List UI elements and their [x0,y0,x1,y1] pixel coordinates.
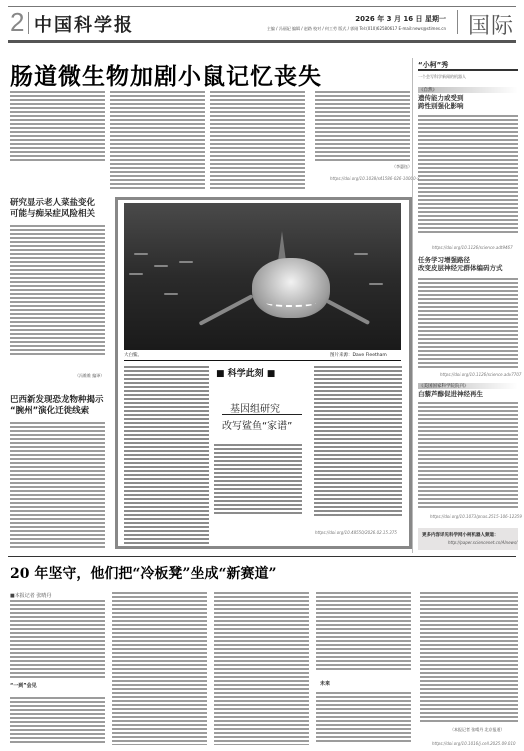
bottom-section-rule [8,556,516,557]
sidebar-item1-tag: 《自然》 [418,87,518,93]
fish-shape [369,283,383,285]
main-article-col-4 [315,91,410,163]
photo-credit: 图片来源：Dave Fleetham [330,352,387,358]
masthead-top-rule [8,6,516,7]
issue-date: 2026 年 3 月 16 日 星期一 [355,14,446,24]
bottom-col-4b [316,692,411,744]
feature-body-col-1 [124,366,209,544]
masthead-divider [28,12,29,34]
sidebar-subtitle: 一个会写科学新闻的机器人 [418,74,466,80]
shark-dorsal-fin [278,231,286,261]
feature-body-col-2 [214,444,302,516]
bottom-col-5 [420,592,518,722]
feature-kicker: ■ 科学此刻 ■ [216,366,275,379]
feature-doi-link[interactable]: https://doi.org/10.48550/2026.02.15.375 [315,530,397,535]
fish-shape [179,261,193,263]
left-article1-body [10,225,105,355]
masthead: 2 中国科学报 2026 年 3 月 16 日 星期一 主编 / 冯丽妃 编辑 … [8,9,516,37]
sidebar-item3-headline: 白藜芦醇促进神经再生 [418,390,483,398]
fish-shape [354,253,368,255]
sidebar-item3-tag: 《美国国家科学院院刊》 [418,383,518,389]
fish-shape [134,253,148,255]
promo-box-link[interactable]: http://paper.sciencenet.cn/AInews/ [448,540,517,545]
masthead-bottom-rule [8,40,516,43]
promo-box-title: 更多内容详见科学网小柯机器人频道： [422,532,499,538]
sidebar-last-doi-link[interactable]: https://doi.org/10.1073/pnas.2515-106-12… [430,514,522,519]
main-article-source: （李惠钰） [392,164,412,170]
shark-right-fin [326,299,370,325]
sidebar-item2-body [418,278,518,368]
bottom-subhead-2: 未来 [320,680,330,687]
feature-title-line1: 基因组研究 [230,400,280,415]
left-article1-headline: 研究显示老人菜盐变化 可能与痴呆症风险相关 [10,198,95,220]
feature-body-col-3 [314,366,402,516]
left-article2-credit: （冯维维 编译） [75,373,104,379]
feature-title-rule [222,414,302,415]
left-article2-headline: 巴西新发现恐龙物种揭示 “腕州”演化迁徙线索 [10,395,104,417]
shark-left-fin [199,294,254,326]
sidebar-item1-body [418,115,518,233]
shark-head [252,258,330,318]
main-article-doi-link[interactable]: https://doi.org/10.1038/s41586-026-10000… [330,176,419,181]
main-headline: 肠道微生物加剧小鼠记忆丧失 [10,58,322,91]
main-article-col-3 [210,91,305,191]
fish-shape [154,265,168,267]
sidebar-item2-headline: 任务学习增强路径 改变皮层神经元群体编码方式 [418,256,503,272]
sidebar-title-bar [418,69,518,71]
left-article2-body [10,422,105,550]
main-article-col-2 [110,91,205,191]
bottom-col-3 [214,592,309,745]
fish-shape [129,273,143,275]
section-title: 国际 [468,9,514,40]
page-number: 2 [10,7,24,38]
photo-caption: 大白鲨。 [124,352,142,358]
bottom-col-1 [10,600,105,678]
feature-title-line2: 改写鲨鱼“家谱” [222,417,292,432]
bottom-article-byline: ■本报记者 张晴丹 [10,592,51,599]
section-divider [457,10,458,34]
newspaper-logo: 中国科学报 [34,11,134,37]
bottom-col-4 [316,592,411,672]
bottom-headline: 20 年坚守，他们把“冷板凳”坐成“新赛道” [10,563,277,583]
sidebar-item1-headline: 遗传能力或受到 跨性别强化影响 [418,94,464,110]
bottom-doi-link[interactable]: https://doi.org/10.1016/j.cell.2025.09.0… [432,741,516,746]
sidebar-item3-doi-link[interactable]: https://doi.org/10.1126/science.adv7707 [440,372,521,377]
sidebar-item3-body [418,402,518,510]
shark-photo [124,203,401,350]
caption-rule [124,360,401,361]
bottom-col-1b [10,697,105,745]
column-divider [412,58,413,553]
editor-contact: 主编 / 冯丽妃 编辑 / 赵路 校对 / 何工劳 版式 / 郭刚 Tel:(0… [267,26,446,32]
shark-teeth [266,299,316,307]
bottom-col-2 [112,592,207,745]
bottom-article-source: （本报记者 张晴丹 北京报道） [450,727,505,733]
fish-shape [164,293,178,295]
bottom-subhead-1: “一到”会见 [10,682,37,689]
main-article-col-1 [10,91,105,161]
sidebar-item2-doi-link[interactable]: https://doi.org/10.1126/science.adt9467 [432,245,513,250]
